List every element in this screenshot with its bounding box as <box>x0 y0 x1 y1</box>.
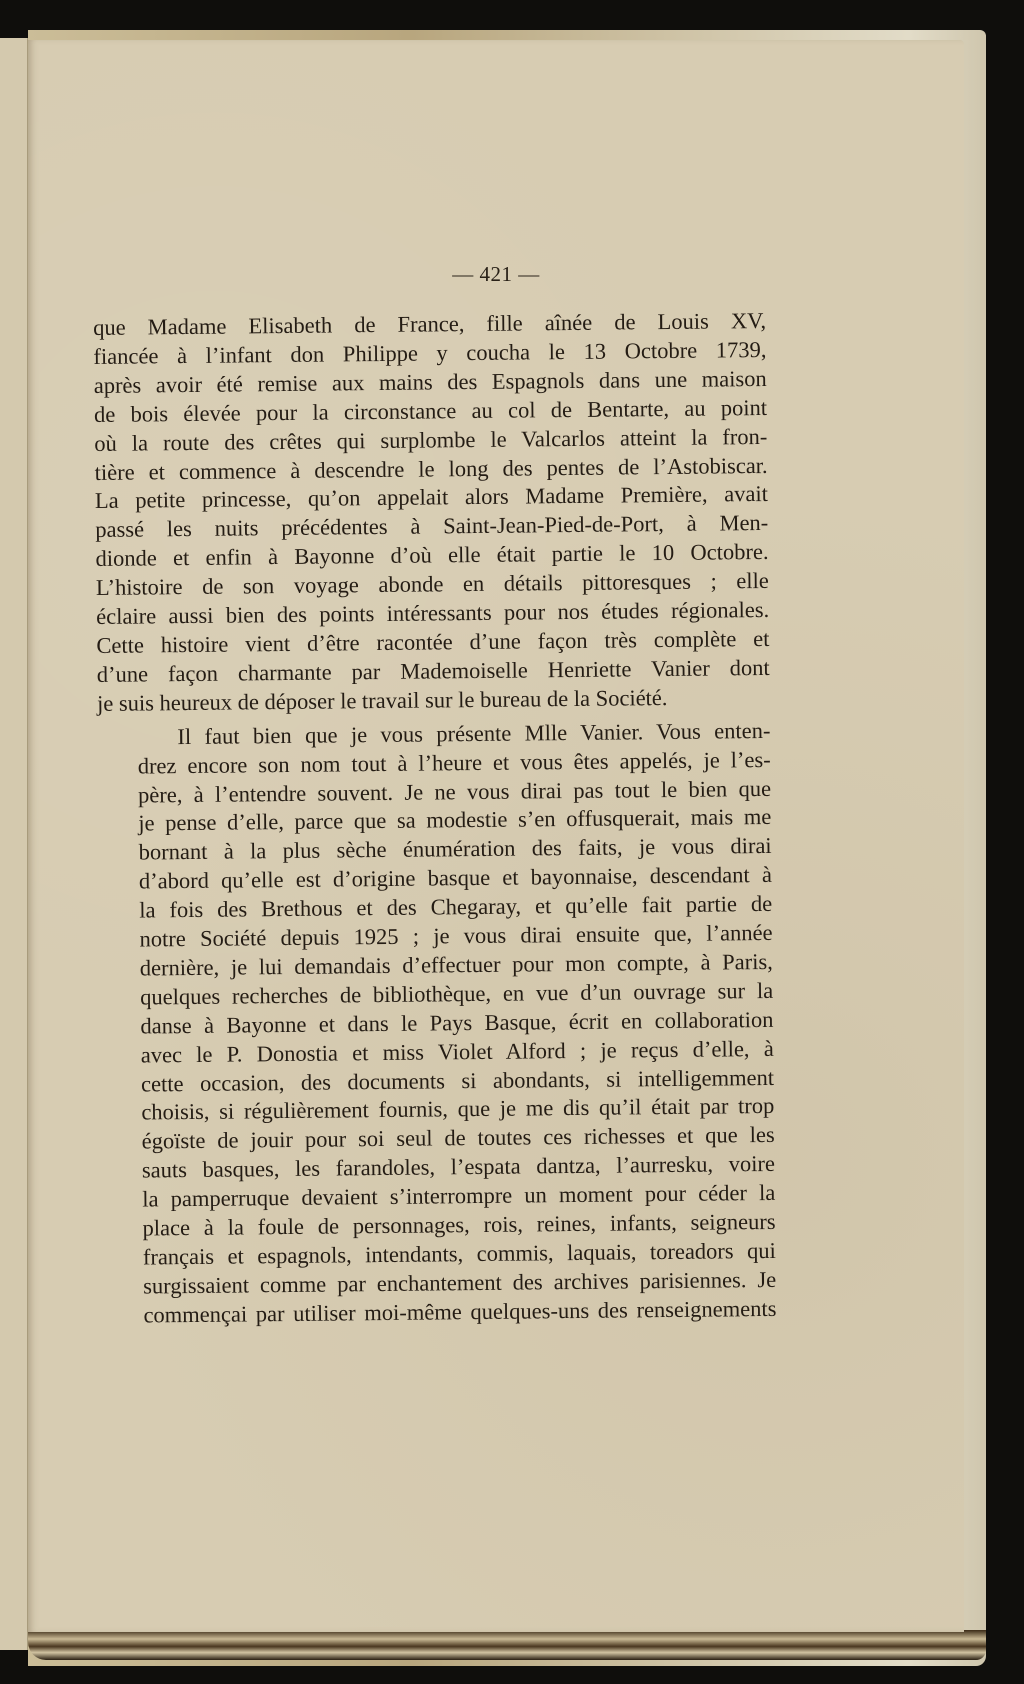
text-line: commençai par utiliser moi-même quelques… <box>103 1295 776 1331</box>
paragraph-1: que Madame Elisabeth de France, fille aî… <box>93 307 770 719</box>
facing-page-edge <box>0 38 28 1650</box>
body-text: que Madame Elisabeth de France, fille aî… <box>93 307 777 1331</box>
page-stack-bottom-edge <box>28 1630 986 1660</box>
paragraph-2: Il faut bien que je vous présente Mlle V… <box>97 717 776 1331</box>
book-page: — 421 — que Madame Elisabeth de France, … <box>28 40 964 1632</box>
page-number: — 421 — <box>28 262 964 287</box>
text-line: je suis heureux de déposer le travail su… <box>97 683 770 719</box>
